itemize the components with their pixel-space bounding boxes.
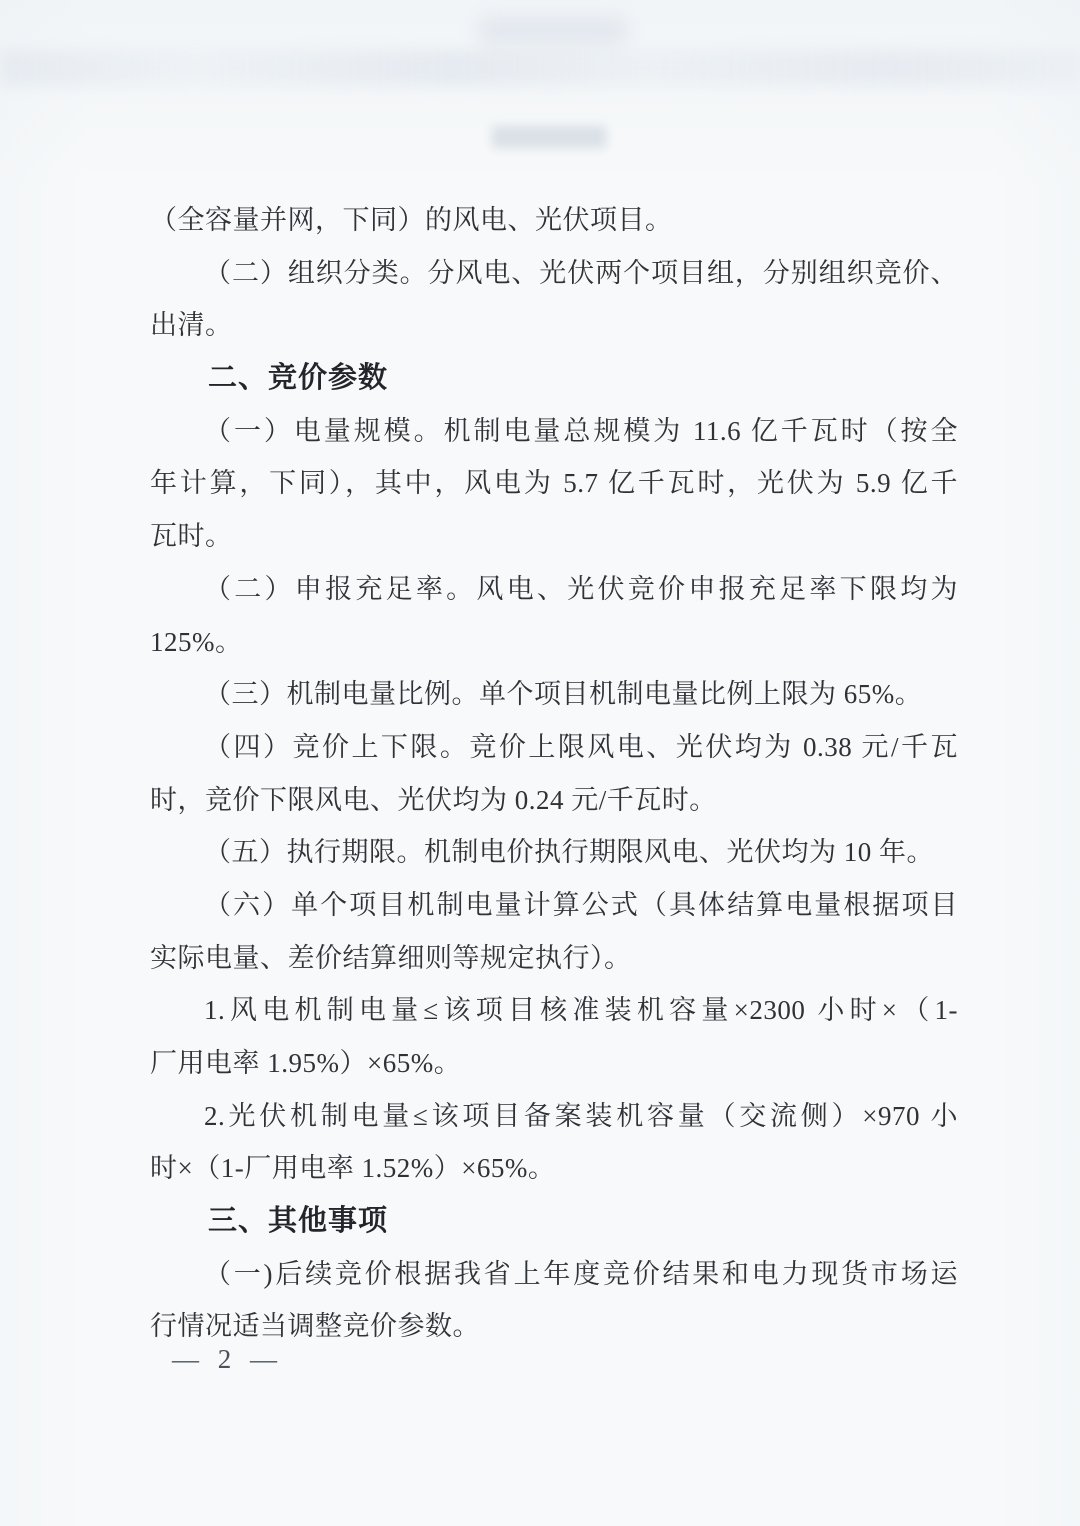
document-line: 125%。 [150, 616, 958, 669]
document-line: 时，竞价下限风电、光伏均为 0.24 元/千瓦时。 [150, 774, 958, 827]
document-line: 出清。 [150, 299, 958, 352]
document-line: （一）电量规模。机制电量总规模为 11.6 亿千瓦时（按全 [150, 405, 958, 458]
section-heading: 三、其他事项 [150, 1195, 958, 1248]
document-line: （三）机制电量比例。单个项目机制电量比例上限为 65%。 [150, 668, 958, 721]
document-line: （二）申报充足率。风电、光伏竞价申报充足率下限均为 [150, 563, 958, 616]
scan-bleedthrough-blob [478, 16, 628, 44]
document-line: 瓦时。 [150, 510, 958, 563]
section-heading: 二、竞价参数 [150, 352, 958, 405]
document-line: （四）竞价上下限。竞价上限风电、光伏均为 0.38 元/千瓦 [150, 721, 958, 774]
document-line: 2.光伏机制电量≤该项目备案装机容量（交流侧）×970 小 [150, 1090, 958, 1143]
document-line: （六）单个项目机制电量计算公式（具体结算电量根据项目 [150, 879, 958, 932]
document-line: 1.风电机制电量≤该项目核准装机容量×2300 小时×（1- [150, 984, 958, 1037]
document-line: （全容量并网，下同）的风电、光伏项目。 [150, 194, 958, 247]
scanned-document-page: （全容量并网，下同）的风电、光伏项目。（二）组织分类。分风电、光伏两个项目组，分… [0, 0, 1080, 1526]
scan-bleedthrough-mark [492, 126, 606, 148]
document-line: （五）执行期限。机制电价执行期限风电、光伏均为 10 年。 [150, 826, 958, 879]
scan-bleedthrough-band [0, 50, 1080, 86]
document-line: 时×（1-厂用电率 1.52%）×65%。 [150, 1142, 958, 1195]
document-body: （全容量并网，下同）的风电、光伏项目。（二）组织分类。分风电、光伏两个项目组，分… [150, 194, 958, 1353]
page-number: — 2 — [172, 1339, 283, 1379]
document-line: （二）组织分类。分风电、光伏两个项目组，分别组织竞价、 [150, 247, 958, 300]
document-line: 厂用电率 1.95%）×65%。 [150, 1037, 958, 1090]
document-line: 实际电量、差价结算细则等规定执行）。 [150, 932, 958, 985]
document-line: （一)后续竞价根据我省上年度竞价结果和电力现货市场运 [150, 1248, 958, 1301]
document-line: 年计算，下同），其中，风电为 5.7 亿千瓦时，光伏为 5.9 亿千 [150, 457, 958, 510]
